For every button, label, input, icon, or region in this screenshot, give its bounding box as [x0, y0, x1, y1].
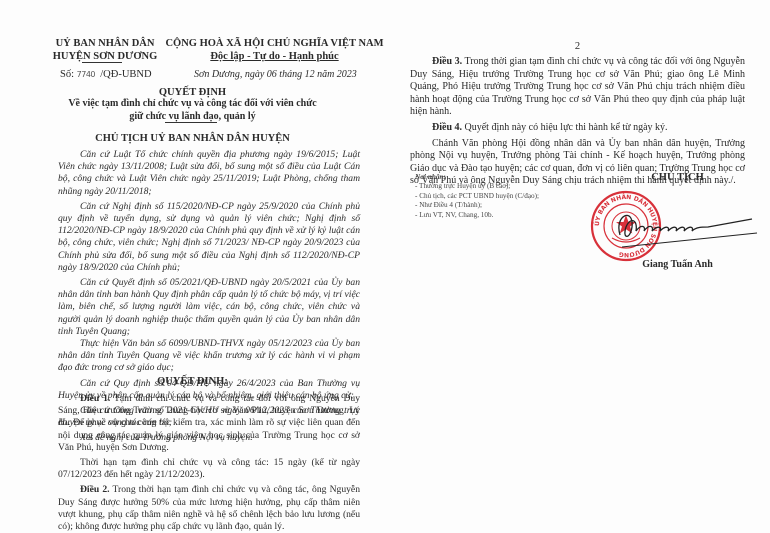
document-number: Số: 7740 /QĐ-UBND — [60, 68, 152, 81]
decide-heading: QUYẾT ĐỊNH: — [0, 375, 385, 388]
authority-heading: CHỦ TỊCH UỶ BAN NHÂN DÂN HUYỆN — [0, 132, 385, 145]
article-3: Điều 3. Trong thời gian tạm đình chỉ chứ… — [410, 56, 745, 119]
subject-line-1: Về việc tạm đình chỉ chức vụ và công tác… — [0, 98, 385, 111]
article-4: Điều 4. Quyết định này có hiệu lực thi h… — [410, 122, 745, 135]
article-4-label: Điều 4. — [432, 122, 462, 133]
article-1: Điều 1. Tạm đình chỉ chức vụ và công tác… — [58, 393, 360, 454]
agency-underline — [82, 62, 122, 63]
article-2-label: Điều 2. — [80, 484, 110, 495]
document-page-1: UỶ BAN NHÂN DÂN HUYỆN SƠN DƯƠNG CỘNG HOÀ… — [0, 0, 385, 533]
article-1-term: Thời hạn tạm đình chỉ chức vụ và công tá… — [58, 457, 360, 481]
issuing-agency: UỶ BAN NHÂN DÂN HUYỆN SƠN DƯƠNG — [40, 37, 170, 63]
articles-page-1: Điều 1. Tạm đình chỉ chức vụ và công tác… — [58, 393, 360, 533]
ground-item: Căn cứ Nghị định số 115/2020/NĐ-CP ngày … — [58, 201, 360, 274]
agency-line-1: UỶ BAN NHÂN DÂN — [40, 37, 170, 50]
page-number: 2 — [385, 40, 770, 53]
doc-number-label: Số: — [60, 69, 74, 80]
article-3-label: Điều 3. — [432, 56, 462, 67]
recipient-item: - Lưu VT, NV, Chang, 10b. — [415, 211, 585, 220]
recipient-item: - Thường trực Huyện ủy (B cáo); — [415, 182, 585, 191]
place-date: Sơn Dương, ngày 06 tháng 12 năm 2023 — [194, 68, 357, 81]
doc-number-handwritten: 7740 — [77, 70, 95, 79]
national-motto: CỘNG HOÀ XÃ HỘI CHỦ NGHĨA VIỆT NAM Độc l… — [162, 37, 387, 63]
article-1-label: Điều 1. — [80, 393, 110, 404]
recipient-item: - Như Điều 4 (T/hành); — [415, 201, 585, 210]
signer-title: CHỦ TỊCH — [585, 171, 770, 184]
recipient-item: - Chủ tịch, các PCT UBND huyện (C/đạo); — [415, 192, 585, 201]
recipients-label: Nơi nhận: — [415, 173, 585, 182]
recipients-block: Nơi nhận: - Thường trực Huyện ủy (B cáo)… — [415, 173, 585, 220]
subject-underline — [165, 122, 217, 123]
document-page-2: 2 Điều 3. Trong thời gian tạm đình chỉ c… — [385, 0, 770, 533]
ground-item: Thực hiện Văn bản số 6099/UBND-THVX ngày… — [58, 338, 360, 375]
article-2: Điều 2. Trong thời hạn tạm đình chỉ chức… — [58, 484, 360, 533]
decision-subject: Về việc tạm đình chỉ chức vụ và công tác… — [0, 98, 385, 123]
ground-item: Căn cứ Quyết định số 05/2021/QĐ-UBND ngà… — [58, 277, 360, 338]
article-4-text: Quyết định này có hiệu lực thi hành kể t… — [462, 122, 668, 133]
signature-icon — [612, 205, 762, 250]
doc-number-suffix: /QĐ-UBND — [100, 69, 151, 80]
nation-line-1: CỘNG HOÀ XÃ HỘI CHỦ NGHĨA VIỆT NAM — [162, 37, 387, 50]
nation-line-2: Độc lập - Tự do - Hạnh phúc — [162, 50, 387, 63]
ground-item: Căn cứ Luật Tổ chức chính quyền địa phươ… — [58, 149, 360, 198]
